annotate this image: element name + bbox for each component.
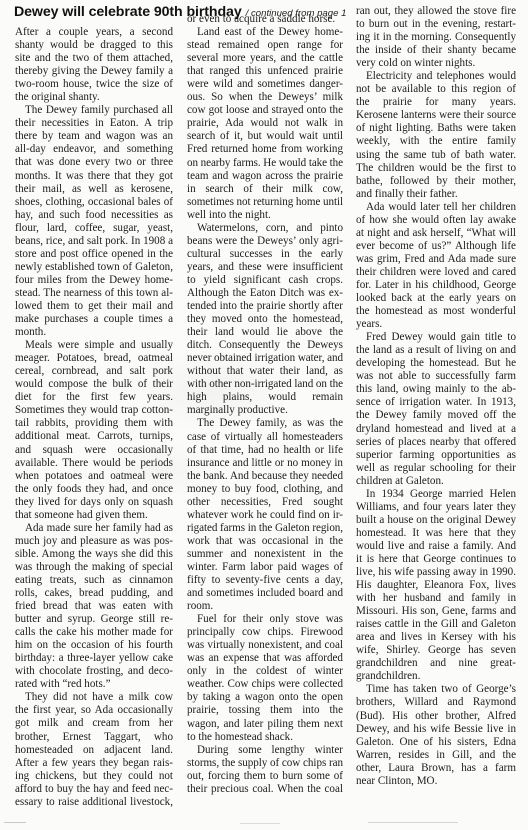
- article-text-line: Land east of the Dewey home-: [187, 26, 343, 39]
- article-text-line: that ranged this unfenced prairie: [187, 65, 343, 78]
- article-text-line: wagon, and later piling them next: [187, 718, 343, 731]
- article-text-line: was an expense that was afforded: [187, 652, 343, 665]
- article-text-line: bathe, followed by their mother,: [356, 175, 516, 188]
- article-text-line: the Dewey family moved off the: [356, 409, 516, 422]
- article-text-line: ran out, they allowed the stove fire: [356, 5, 516, 18]
- article-text-line: weekly, with the entire family: [356, 135, 516, 148]
- article-text-line: and squash were occasionally: [15, 444, 173, 457]
- article-column-2: or even to acquire a saddle horse.Land e…: [187, 13, 343, 796]
- article-text-line: grandchildren and nine great-: [356, 657, 516, 670]
- article-text-line: insurance and little or no money in: [187, 457, 343, 470]
- article-text-line: to yield significant cash crops.: [187, 274, 343, 287]
- article-text-line: other necessities, Fred sought: [187, 496, 343, 509]
- article-text-line: him on the occasion of his fourth: [15, 639, 173, 652]
- article-text-line: sible. Among the ways she did this: [15, 548, 173, 561]
- article-text-line: tail rabbits, providing them with: [15, 417, 173, 430]
- article-text-line: out, forcing them to burn some of: [187, 770, 343, 783]
- article-text-line: looked back at the early years on: [356, 292, 516, 305]
- newspaper-page: Dewey will celebrate 90th birthday/ cont…: [0, 0, 528, 830]
- article-text-line: rolls, cakes, bread pudding, and: [15, 587, 173, 600]
- article-text-line: dryland homestead and lived at a: [356, 423, 516, 436]
- article-text-line: or even to acquire a saddle horse.: [187, 13, 343, 26]
- article-text-line: their mail, as well as kerosene,: [15, 183, 173, 196]
- article-text-line: Meals were simple and usually: [15, 339, 173, 352]
- article-text-line: their land would lie above the: [187, 326, 343, 339]
- article-text-line: thereby giving the Dewey family a: [15, 65, 173, 78]
- scan-artifact-line: [240, 823, 280, 824]
- article-text-line: calls the cake his mother made for: [15, 626, 173, 639]
- article-text-line: was through the making of special: [15, 561, 173, 574]
- article-text-line: Kerosene lanterns were their source: [356, 109, 516, 122]
- scan-artifact-line: [4, 822, 26, 823]
- article-text-line: ing it in the morning. Consequently: [356, 31, 516, 44]
- article-text-line: there by team and wagon was an: [15, 130, 173, 143]
- article-text-line: summer and nonexistent in the: [187, 548, 343, 561]
- article-text-line: They did not have a milk cow: [15, 691, 173, 704]
- article-text-line: without that water their land, as: [187, 365, 343, 378]
- article-text-line: much joy and pleasure as was pos-: [15, 535, 173, 548]
- article-text-line: with chocolate frosting, and deco-: [15, 665, 173, 678]
- article-text-line: was virtually nonexistent, and coal: [187, 639, 343, 652]
- article-text-line: cultural successes in the early: [187, 248, 343, 261]
- article-text-line: the inside of their shanty became: [356, 44, 516, 57]
- article-text-line: were wild and sometimes danger-: [187, 78, 343, 91]
- article-text-line: In 1934 George married Helen: [356, 488, 516, 501]
- article-text-line: Although the Eaton Ditch was ex-: [187, 287, 343, 300]
- article-text-line: very cold on winter nights.: [356, 57, 516, 70]
- article-text-line: the only foods they had, and once: [15, 483, 173, 496]
- article-text-line: got milk and cream from her: [15, 717, 173, 730]
- article-text-line: Fred returned home from working: [187, 143, 343, 156]
- article-text-line: prairie, Ada would not walk in: [187, 117, 343, 130]
- article-text-line: at night and ask herself, “What will: [356, 227, 516, 240]
- article-text-line: on nearby farms. He would take the: [187, 157, 343, 170]
- article-text-line: they lived for days only on squash: [15, 496, 173, 509]
- article-text-line: with other non-irrigated land on the: [187, 378, 343, 391]
- article-text-line: Watermelons, corn, and pinto: [187, 222, 343, 235]
- article-text-line: other, Laura Brown, has a farm: [356, 762, 516, 775]
- article-text-line: The children would be the first to: [356, 162, 516, 175]
- article-text-line: wife, Shirley. George has seven: [356, 644, 516, 657]
- article-text-line: eating treats, such as cinnamon: [15, 574, 173, 587]
- article-text-line: birthday: a three-layer yellow cake: [15, 652, 173, 665]
- article-text-line: all-day endeavor, and something: [15, 143, 173, 156]
- article-text-line: ditch. Consequently the Deweys: [187, 339, 343, 352]
- article-text-line: not be available to this region of: [356, 83, 516, 96]
- article-text-line: several more years, and the cattle: [187, 52, 343, 65]
- article-text-line: Fred Dewey would gain title to: [356, 331, 516, 344]
- article-text-line: rigated farms in the Galeton region,: [187, 522, 343, 535]
- article-text-line: to burn out in the evening, restart-: [356, 18, 516, 31]
- article-text-line: essary to raise additional livestock,: [15, 796, 173, 809]
- article-text-line: was not able to successfully farm: [356, 370, 516, 383]
- article-text-line: diet for the first few years.: [15, 391, 173, 404]
- article-text-line: brother, Ernest Taggart, who: [15, 731, 173, 744]
- article-text-line: would compose the bulk of their: [15, 378, 173, 391]
- article-text-line: raises cattle in the Gill and Galeton: [356, 618, 516, 631]
- article-text-line: to the homestead shack.: [187, 731, 343, 744]
- article-text-line: brothers, Willard and Raymond: [356, 696, 516, 709]
- article-text-line: their necessities in Eaton. A trip: [15, 117, 173, 130]
- article-text-line: it is here that George continues to: [356, 553, 516, 566]
- article-text-line: only in the coldest of winter: [187, 665, 343, 678]
- article-text-line: this land, owing mainly to the ab-: [356, 383, 516, 396]
- article-text-line: ous. So when the Deweys’ milk: [187, 91, 343, 104]
- article-text-line: search of it, but would wait until: [187, 130, 343, 143]
- article-text-line: the land as a result of living on and: [356, 344, 516, 357]
- article-text-line: years.: [356, 318, 516, 331]
- article-text-line: they moved onto the homestead,: [187, 313, 343, 326]
- article-text-line: grandchildren.: [356, 670, 516, 683]
- article-text-line: and finally their father.: [356, 188, 516, 201]
- article-text-line: in search of their milk cow,: [187, 183, 343, 196]
- article-text-line: whatever work he could find on ir-: [187, 509, 343, 522]
- article-text-line: winter. Farm labor paid wages of: [187, 561, 343, 574]
- article-text-line: butter and syrup. George still re-: [15, 613, 173, 626]
- article-text-line: was grim, Fred and Ada made sure: [356, 253, 516, 266]
- article-text-line: available. There would be periods: [15, 457, 173, 470]
- article-column-1: After a couple years, a secondshanty wou…: [15, 26, 173, 809]
- article-text-line: beans were the Deweys’ only agri-: [187, 235, 343, 248]
- article-text-line: the bank. And because they needed: [187, 470, 343, 483]
- article-text-line: never obtained irrigation water, and: [187, 352, 343, 365]
- article-text-line: shanty would be dragged to this: [15, 39, 173, 52]
- article-text-line: years, and these were insufficient: [187, 261, 343, 274]
- article-text-line: would live and raise a family. And: [356, 540, 516, 553]
- article-text-line: weather. Cow chips were collected: [187, 678, 343, 691]
- article-text-line: high plains, would remain: [187, 391, 343, 404]
- article-text-line: cow got loose and strayed onto the: [187, 104, 343, 117]
- article-text-line: make purchases a couple times a: [15, 313, 173, 326]
- article-text-line: Missouri. His son, Gene, farms and: [356, 605, 516, 618]
- article-text-line: fried bread that was eaten with: [15, 600, 173, 613]
- article-text-line: with her husband and family in: [356, 592, 516, 605]
- article-text-line: area and lives in Kersey with his: [356, 631, 516, 644]
- article-text-line: storms, the supply of cow chips ran: [187, 757, 343, 770]
- article-text-line: prairie, tossing them into the: [187, 704, 343, 717]
- article-text-line: of how she would often lay awake: [356, 214, 516, 227]
- article-text-line: Warren, resides in Gill, and the: [356, 749, 516, 762]
- article-text-line: His daughter, Eleanora Fox, lives: [356, 579, 516, 592]
- article-text-line: After a couple years, a second: [15, 26, 173, 39]
- article-text-line: and sometimes included board and: [187, 587, 343, 600]
- article-text-line: principally cow chips. Firewood: [187, 626, 343, 639]
- article-text-line: superior farming opportunities as: [356, 449, 516, 462]
- article-text-line: that was done every two or three: [15, 156, 173, 169]
- article-text-line: lowed them to get their mail and: [15, 300, 173, 313]
- article-text-line: when potatoes and oatmeal were: [15, 470, 173, 483]
- article-text-line: marginally productive.: [187, 404, 343, 417]
- article-text-line: series of places nearby that offered: [356, 436, 516, 449]
- article-text-line: stead remained open range for: [187, 39, 343, 52]
- article-text-line: meager. Potatoes, bread, oatmeal: [15, 352, 173, 365]
- article-text-line: developing the homestead. But he: [356, 357, 516, 370]
- article-text-line: that someone had given them.: [15, 509, 173, 522]
- article-text-line: near Clinton, MO.: [356, 775, 516, 788]
- article-text-line: shoes, clothing, occasional bales of: [15, 196, 173, 209]
- article-text-line: Williams, and four years later they: [356, 501, 516, 514]
- article-text-line: cereal, cornbread, and salt pork: [15, 365, 173, 378]
- article-text-line: using the same tub of bath water.: [356, 149, 516, 162]
- article-text-line: The Dewey family, as was the: [187, 417, 343, 430]
- article-text-line: homestead. It was here that they: [356, 527, 516, 540]
- article-text-line: room.: [187, 600, 343, 613]
- article-text-line: Sometimes they would trap cotton-: [15, 404, 173, 417]
- article-text-line: stead. The nearness of this town al-: [15, 287, 173, 300]
- article-text-line: the prairie for many years.: [356, 96, 516, 109]
- article-text-line: hay, and such food necessities as: [15, 209, 173, 222]
- article-text-line: Electricity and telephones would: [356, 70, 516, 83]
- scan-artifact-line: [368, 822, 458, 823]
- article-text-line: homesteaded on adjacent land.: [15, 744, 173, 757]
- article-text-line: After a few years they began rais-: [15, 757, 173, 770]
- article-text-line: case of virtually all homesteaders: [187, 431, 343, 444]
- article-text-line: work that was occasional in the: [187, 535, 343, 548]
- article-text-line: for. Later in his childhood, George: [356, 279, 516, 292]
- article-text-line: Ada would later tell her children: [356, 201, 516, 214]
- article-text-line: During some lengthy winter: [187, 744, 343, 757]
- article-text-line: two-room house, twice the size of: [15, 78, 173, 91]
- article-text-line: money to buy food, clothing, and: [187, 483, 343, 496]
- article-text-line: beans, rice, and salt pork. In 1908 a: [15, 235, 173, 248]
- article-text-line: (Bud). His other brother, Alfred: [356, 710, 516, 723]
- article-text-line: Fuel for their only stove was: [187, 613, 343, 626]
- article-text-line: of night lighting. Baths were taken: [356, 122, 516, 135]
- article-text-line: rated with “red hots.”: [15, 678, 173, 691]
- article-text-line: store and post office opened in the: [15, 248, 173, 261]
- article-text-line: Dewey, and his wife Bessie live in: [356, 723, 516, 736]
- article-text-line: tended into the prairie shortly after: [187, 300, 343, 313]
- article-text-line: ever become of us?” Although life: [356, 240, 516, 253]
- article-text-line: afford to buy the hay and feed nec-: [15, 783, 173, 796]
- article-text-line: team and wagon across the prairie: [187, 170, 343, 183]
- article-text-line: additional meat. Carrots, turnips,: [15, 430, 173, 443]
- article-column-3: ran out, they allowed the stove fireto b…: [356, 5, 516, 788]
- article-text-line: site and the two of them attached,: [15, 52, 173, 65]
- article-text-line: well as regular schooling for their: [356, 462, 516, 475]
- article-text-line: The Dewey family purchased all: [15, 104, 173, 117]
- article-text-line: well into the night.: [187, 209, 343, 222]
- article-text-line: by taking a wagon onto the open: [187, 691, 343, 704]
- article-text-line: Galeton. One of his sisters, Edna: [356, 736, 516, 749]
- article-text-line: the first year, so Ada occasionally: [15, 704, 173, 717]
- article-text-line: Ada made sure her family had as: [15, 522, 173, 535]
- article-text-line: of that time, had no health or life: [187, 444, 343, 457]
- article-text-line: their precious coal. When the coal: [187, 783, 343, 796]
- article-text-line: sometimes not returning home until: [187, 196, 343, 209]
- article-text-line: built a house on the original Dewey: [356, 514, 516, 527]
- article-text-line: the homestead as most wonderful: [356, 305, 516, 318]
- article-text-line: fifty to seventy-five cents a day,: [187, 574, 343, 587]
- article-text-line: the original shanty.: [15, 91, 173, 104]
- article-text-line: newly established town of Galeton,: [15, 261, 173, 274]
- article-text-line: sence of irrigation water. In 1913,: [356, 396, 516, 409]
- article-text-line: their children were loved and cared: [356, 266, 516, 279]
- article-text-line: live, his wife passing away in 1990.: [356, 566, 516, 579]
- article-text-line: flour, lard, coffee, sugar, yeast,: [15, 222, 173, 235]
- article-text-line: four miles from the Dewey home-: [15, 274, 173, 287]
- article-text-line: children at Galeton.: [356, 475, 516, 488]
- article-text-line: month.: [15, 326, 173, 339]
- article-text-line: ing chickens, but they could not: [15, 770, 173, 783]
- article-text-line: months. It was there that they got: [15, 170, 173, 183]
- article-text-line: Time has taken two of George’s: [356, 683, 516, 696]
